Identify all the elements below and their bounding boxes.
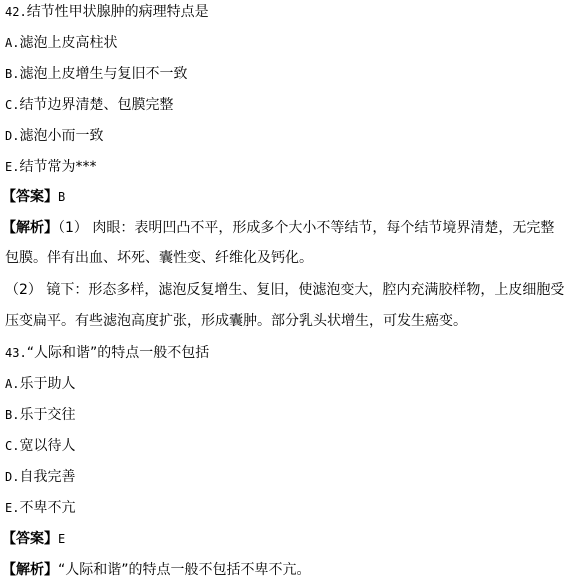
option-letter: A. [5, 36, 19, 50]
option-text: 自我完善 [19, 469, 75, 485]
question-number: 42. [5, 5, 27, 19]
question-43-option-a: A.乐于助人 [5, 376, 75, 392]
answer-value: B [58, 190, 65, 204]
question-text: 结节性甲状腺肿的病理特点是 [27, 4, 209, 20]
question-43-option-e: E.不卑不亢 [5, 500, 75, 516]
option-letter: D. [5, 470, 19, 484]
question-42-option-c: C.结节边界清楚、包膜完整 [5, 97, 173, 113]
option-letter: B. [5, 67, 19, 81]
question-42-option-e: E.结节常为*** [5, 159, 96, 175]
option-text: 乐于交往 [19, 407, 75, 423]
analysis-text: （1） 肉眼：表明凹凸不平，形成多个大小不等结节，每个结节境界清楚，无完整 [58, 220, 554, 236]
option-text: 宽以待人 [19, 438, 75, 454]
question-42-stem: 42.结节性甲状腺肿的病理特点是 [5, 4, 209, 20]
analysis-text: （2） 镜下：形态多样，滤泡反复增生、复旧，使滤泡变大，腔内充满胶样物，上皮细胞… [5, 282, 564, 298]
question-43-option-c: C.宽以待人 [5, 438, 75, 454]
question-43-answer: 【答案】E [2, 531, 65, 547]
option-text: 不卑不亢 [19, 500, 75, 516]
option-text: 滤泡上皮高柱状 [19, 35, 117, 51]
question-text: “人际和谐”的特点一般不包括 [27, 345, 210, 361]
answer-label: 【答案】 [2, 189, 58, 205]
option-text: 结节常为*** [19, 159, 96, 175]
option-letter: C. [5, 98, 19, 112]
option-letter: B. [5, 408, 19, 422]
option-letter: A. [5, 377, 19, 391]
analysis-text: “人际和谐”的特点一般不包括不卑不亢。 [58, 562, 311, 578]
question-42-answer: 【答案】B [2, 189, 65, 205]
question-43-stem: 43.“人际和谐”的特点一般不包括 [5, 345, 209, 361]
analysis-text: 压变扁平。有些滤泡高度扩张，形成囊肿。部分乳头状增生，可发生癌变。 [5, 313, 467, 329]
answer-value: E [58, 532, 65, 546]
question-42-option-a: A.滤泡上皮高柱状 [5, 35, 117, 51]
option-text: 结节边界清楚、包膜完整 [19, 97, 173, 113]
question-number: 43. [5, 346, 27, 360]
option-text: 滤泡小而一致 [19, 128, 103, 144]
analysis-text: 包膜。伴有出血、坏死、囊性变、纤维化及钙化。 [5, 250, 313, 266]
question-42-analysis-line-4: 压变扁平。有些滤泡高度扩张，形成囊肿。部分乳头状增生，可发生癌变。 [5, 313, 467, 329]
analysis-label: 【解析】 [2, 562, 58, 578]
option-letter: E. [5, 501, 19, 515]
question-42-analysis-line-3: （2） 镜下：形态多样，滤泡反复增生、复旧，使滤泡变大，腔内充满胶样物，上皮细胞… [5, 282, 564, 298]
option-text: 滤泡上皮增生与复旧不一致 [19, 66, 187, 82]
question-42-option-d: D.滤泡小而一致 [5, 128, 103, 144]
option-letter: D. [5, 129, 19, 143]
option-letter: C. [5, 439, 19, 453]
question-42-analysis-line-1: 【解析】（1） 肉眼：表明凹凸不平，形成多个大小不等结节，每个结节境界清楚，无完… [2, 220, 554, 236]
option-letter: E. [5, 160, 19, 174]
answer-label: 【答案】 [2, 531, 58, 547]
question-42-option-b: B.滤泡上皮增生与复旧不一致 [5, 66, 187, 82]
question-43-analysis: 【解析】“人际和谐”的特点一般不包括不卑不亢。 [2, 562, 311, 578]
question-42-analysis-line-2: 包膜。伴有出血、坏死、囊性变、纤维化及钙化。 [5, 250, 313, 266]
option-text: 乐于助人 [19, 376, 75, 392]
question-43-option-d: D.自我完善 [5, 469, 75, 485]
analysis-label: 【解析】 [2, 220, 58, 236]
question-43-option-b: B.乐于交往 [5, 407, 75, 423]
document-page: 42.结节性甲状腺肿的病理特点是 A.滤泡上皮高柱状 B.滤泡上皮增生与复旧不一… [0, 0, 576, 586]
